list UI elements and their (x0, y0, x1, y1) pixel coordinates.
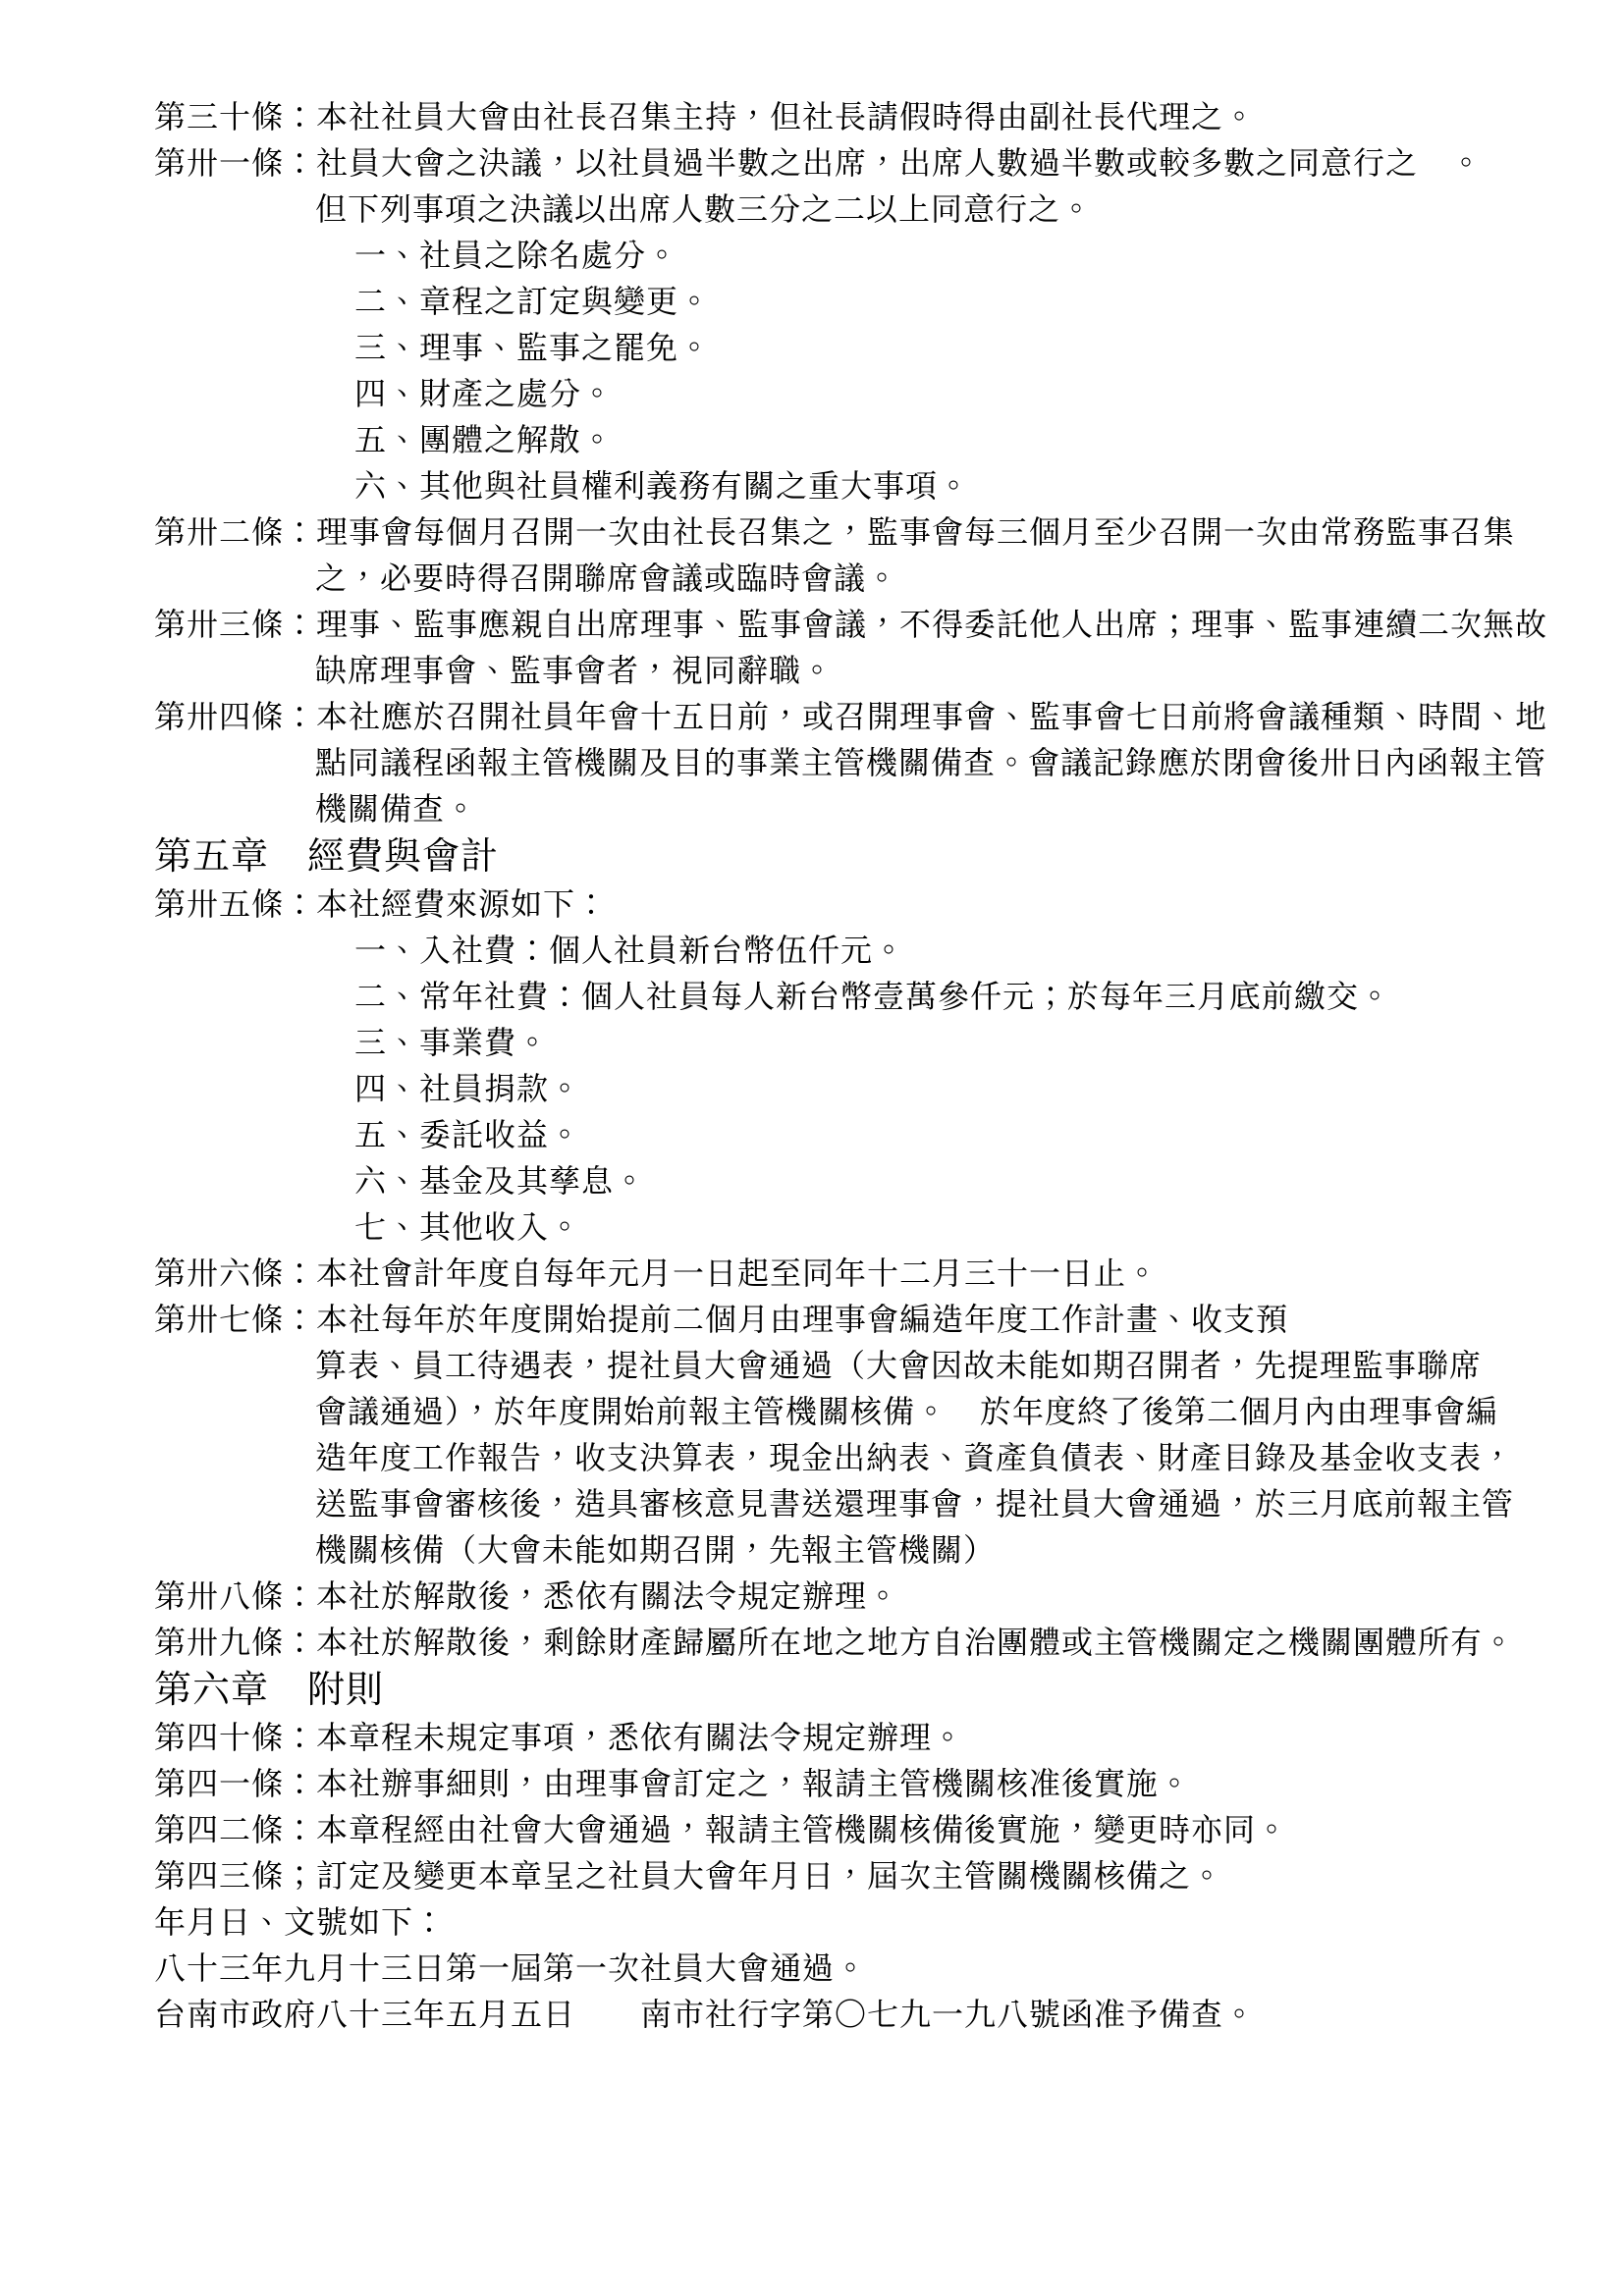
line-text: 訂定及變更本章呈之社員大會年月日，屆次主管關機關核備之。 (316, 1858, 1223, 1894)
article-line: 第四一條：本社辦事細則，由理事會訂定之，報請主管機關核准後實施。 (154, 1761, 1585, 1807)
list-item: 七、其他收入。 (154, 1204, 1585, 1251)
article-line: 第卅九條：本社於解散後，剩餘財產歸屬所在地之地方自治團體或主管機關定之機關團體所… (154, 1620, 1585, 1666)
article-number: 第卅七條： (154, 1302, 316, 1337)
article-line: 第三十條：本社社員大會由社長召集主持，但社長請假時得由副社長代理之。 (154, 94, 1585, 140)
article-number: 第卅四條： (154, 699, 316, 734)
list-item: 二、常年社費：個人社員每人新台幣壹萬參仟元；於每年三月底前繳交。 (154, 974, 1585, 1020)
article-number: 第卅八條： (154, 1578, 316, 1614)
list-item: 二、章程之訂定與變更。 (154, 279, 1585, 325)
line-text: 理事會每個月召開一次由社長召集之，監事會每三個月至少召開一次由常務監事召集 (316, 514, 1515, 550)
article-line: 第卅三條：理事、監事應親自出席理事、監事會議，不得委託他人出席；理事、監事連續二… (154, 602, 1585, 648)
list-item: 六、其他與社員權利義務有關之重大事項。 (154, 463, 1585, 509)
continuation-line: 送監事會審核後，造具審核意見書送還理事會，提社員大會通過，於三月底前報主管 (154, 1481, 1585, 1527)
continuation-line: 機關備查。 (154, 786, 1585, 832)
line-text: 本社經費來源如下： (316, 886, 608, 922)
article-line: 第卅六條：本社會計年度自每年元月一日起至同年十二月三十一日止。 (154, 1251, 1585, 1297)
line-text: 年月日、文號如下： (154, 1904, 446, 1940)
continuation-line: 算表、員工待遇表，提社員大會通過（大會因故未能如期召開者，先提理監事聯席 (154, 1343, 1585, 1389)
line-text: 社員大會之決議，以社員過半數之出席，出席人數過半數或較多數之同意行之 。 (316, 145, 1483, 181)
continuation-line: 點同議程函報主管機關及目的事業主管機關備查。會議記錄應於閉會後卅日內函報主管 (154, 740, 1585, 786)
article-line: 第四二條：本章程經由社會大會通過，報請主管機關核備後實施，變更時亦同。 (154, 1807, 1585, 1853)
list-item: 四、財產之處分。 (154, 371, 1585, 417)
text-line: 八十三年九月十三日第一屆第一次社員大會通過。 (154, 1946, 1585, 1992)
line-text: 本社會計年度自每年元月一日起至同年十二月三十一日止。 (316, 1255, 1159, 1291)
article-line: 第卅二條：理事會每個月召開一次由社長召集之，監事會每三個月至少召開一次由常務監事… (154, 509, 1585, 556)
line-text: 點同議程函報主管機關及目的事業主管機關備查。會議記錄應於閉會後卅日內函報主管 (315, 745, 1546, 780)
continuation-line: 但下列事項之決議以出席人數三分之二以上同意行之。 (154, 187, 1585, 233)
article-line: 第卅五條：本社經費來源如下： (154, 881, 1585, 928)
article-line: 第四十條：本章程未規定事項，悉依有關法令規定辦理。 (154, 1715, 1585, 1761)
line-text: 機關核備（大會未能如期召開，先報主管機關） (315, 1532, 996, 1568)
line-text: 造年度工作報告，收支決算表，現金出納表、資產負債表、財產目錄及基金收支表， (315, 1440, 1514, 1475)
article-number: 第四二條： (154, 1812, 316, 1847)
line-text: 八十三年九月十三日第一屆第一次社員大會通過。 (154, 1950, 867, 1986)
line-text: 五、委託收益。 (354, 1117, 581, 1152)
continuation-line: 造年度工作報告，收支決算表，現金出納表、資產負債表、財產目錄及基金收支表， (154, 1435, 1585, 1481)
continuation-line: 會議通過），於年度開始前報主管機關核備。 於年度終了後第二個月內由理事會編 (154, 1389, 1585, 1435)
line-text: 之，必要時得召開聯席會議或臨時會議。 (315, 561, 898, 596)
continuation-line: 之，必要時得召開聯席會議或臨時會議。 (154, 556, 1585, 602)
article-line: 第卅七條：本社每年於年度開始提前二個月由理事會編造年度工作計畫、收支預 (154, 1297, 1585, 1343)
line-text: 三、理事、監事之罷免。 (354, 330, 711, 365)
article-number: 第卅二條： (154, 514, 316, 550)
line-text: 三、事業費。 (354, 1025, 549, 1060)
list-item: 一、社員之除名處分。 (154, 233, 1585, 279)
line-text: 會議通過），於年度開始前報主管機關核備。 於年度終了後第二個月內由理事會編 (315, 1394, 1498, 1429)
list-item: 一、入社費：個人社員新台幣伍仟元。 (154, 928, 1585, 974)
article-line: 第四三條；訂定及變更本章呈之社員大會年月日，屆次主管關機關核備之。 (154, 1853, 1585, 1899)
text-line: 年月日、文號如下： (154, 1899, 1585, 1946)
document-page: 第三十條：本社社員大會由社長召集主持，但社長請假時得由副社長代理之。第卅一條：社… (0, 0, 1624, 2296)
article-number: 第卅六條： (154, 1255, 316, 1291)
document-body: 第三十條：本社社員大會由社長召集主持，但社長請假時得由副社長代理之。第卅一條：社… (154, 94, 1585, 2038)
list-item: 三、理事、監事之罷免。 (154, 325, 1585, 371)
article-line: 第卅四條：本社應於召開社員年會十五日前，或召開理事會、監事會七日前將會議種類、時… (154, 694, 1585, 740)
continuation-line: 缺席理事會、監事會者，視同辭職。 (154, 648, 1585, 694)
list-item: 五、團體之解散。 (154, 417, 1585, 463)
article-number: 第卅一條： (154, 145, 316, 181)
line-text: 二、章程之訂定與變更。 (354, 284, 711, 319)
line-text: 但下列事項之決議以出席人數三分之二以上同意行之。 (315, 191, 1093, 227)
line-text: 缺席理事會、監事會者，視同辭職。 (315, 653, 834, 688)
article-number: 第四一條： (154, 1766, 316, 1801)
chapter-heading: 第五章 經費與會計 (154, 832, 1585, 881)
list-item: 四、社員捐款。 (154, 1066, 1585, 1112)
line-text: 理事、監事應親自出席理事、監事會議，不得委託他人出席；理事、監事連續二次無故 (316, 607, 1547, 642)
line-text: 本社辦事細則，由理事會訂定之，報請主管機關核准後實施。 (316, 1766, 1191, 1801)
line-text: 二、常年社費：個人社員每人新台幣壹萬參仟元；於每年三月底前繳交。 (354, 979, 1391, 1014)
line-text: 七、其他收入。 (354, 1209, 581, 1245)
line-text: 本社社員大會由社長召集主持，但社長請假時得由副社長代理之。 (316, 99, 1256, 134)
line-text: 第六章 附則 (154, 1670, 384, 1711)
line-text: 送監事會審核後，造具審核意見書送還理事會，提社員大會通過，於三月底前報主管 (315, 1486, 1514, 1522)
article-number: 第卅九條： (154, 1625, 316, 1660)
article-number: 第四十條： (154, 1720, 316, 1755)
line-text: 算表、員工待遇表，提社員大會通過（大會因故未能如期召開者，先提理監事聯席 (315, 1348, 1482, 1383)
line-text: 六、基金及其孳息。 (354, 1163, 646, 1199)
line-text: 第五章 經費與會計 (154, 836, 499, 878)
article-line: 第卅八條：本社於解散後，悉依有關法令規定辦理。 (154, 1574, 1585, 1620)
line-text: 四、財產之處分。 (354, 376, 614, 411)
continuation-line: 機關核備（大會未能如期召開，先報主管機關） (154, 1527, 1585, 1574)
article-number: 第三十條： (154, 99, 316, 134)
line-text: 四、社員捐款。 (354, 1071, 581, 1106)
line-text: 五、團體之解散。 (354, 422, 614, 457)
list-item: 六、基金及其孳息。 (154, 1158, 1585, 1204)
text-line: 台南市政府八十三年五月五日 南市社行字第〇七九一九八號函准予備查。 (154, 1992, 1585, 2038)
line-text: 本社於解散後，剩餘財產歸屬所在地之地方自治團體或主管機關定之機關團體所有。 (316, 1625, 1515, 1660)
line-text: 機關備查。 (315, 791, 477, 827)
list-item: 五、委託收益。 (154, 1112, 1585, 1158)
line-text: 一、入社費：個人社員新台幣伍仟元。 (354, 933, 905, 968)
article-number: 第四三條； (154, 1858, 316, 1894)
line-text: 六、其他與社員權利義務有關之重大事項。 (354, 468, 970, 504)
article-number: 第卅五條： (154, 886, 316, 922)
chapter-heading: 第六章 附則 (154, 1666, 1585, 1715)
list-item: 三、事業費。 (154, 1020, 1585, 1066)
line-text: 本章程未規定事項，悉依有關法令規定辦理。 (316, 1720, 964, 1755)
line-text: 本社每年於年度開始提前二個月由理事會編造年度工作計畫、收支預 (316, 1302, 1288, 1337)
line-text: 本章程經由社會大會通過，報請主管機關核備後實施，變更時亦同。 (316, 1812, 1288, 1847)
line-text: 本社於解散後，悉依有關法令規定辦理。 (316, 1578, 899, 1614)
article-line: 第卅一條：社員大會之決議，以社員過半數之出席，出席人數過半數或較多數之同意行之 … (154, 140, 1585, 187)
article-number: 第卅三條： (154, 607, 316, 642)
line-text: 本社應於召開社員年會十五日前，或召開理事會、監事會七日前將會議種類、時間、地 (316, 699, 1547, 734)
line-text: 台南市政府八十三年五月五日 南市社行字第〇七九一九八號函准予備查。 (154, 1997, 1256, 2032)
line-text: 一、社員之除名處分。 (354, 238, 678, 273)
